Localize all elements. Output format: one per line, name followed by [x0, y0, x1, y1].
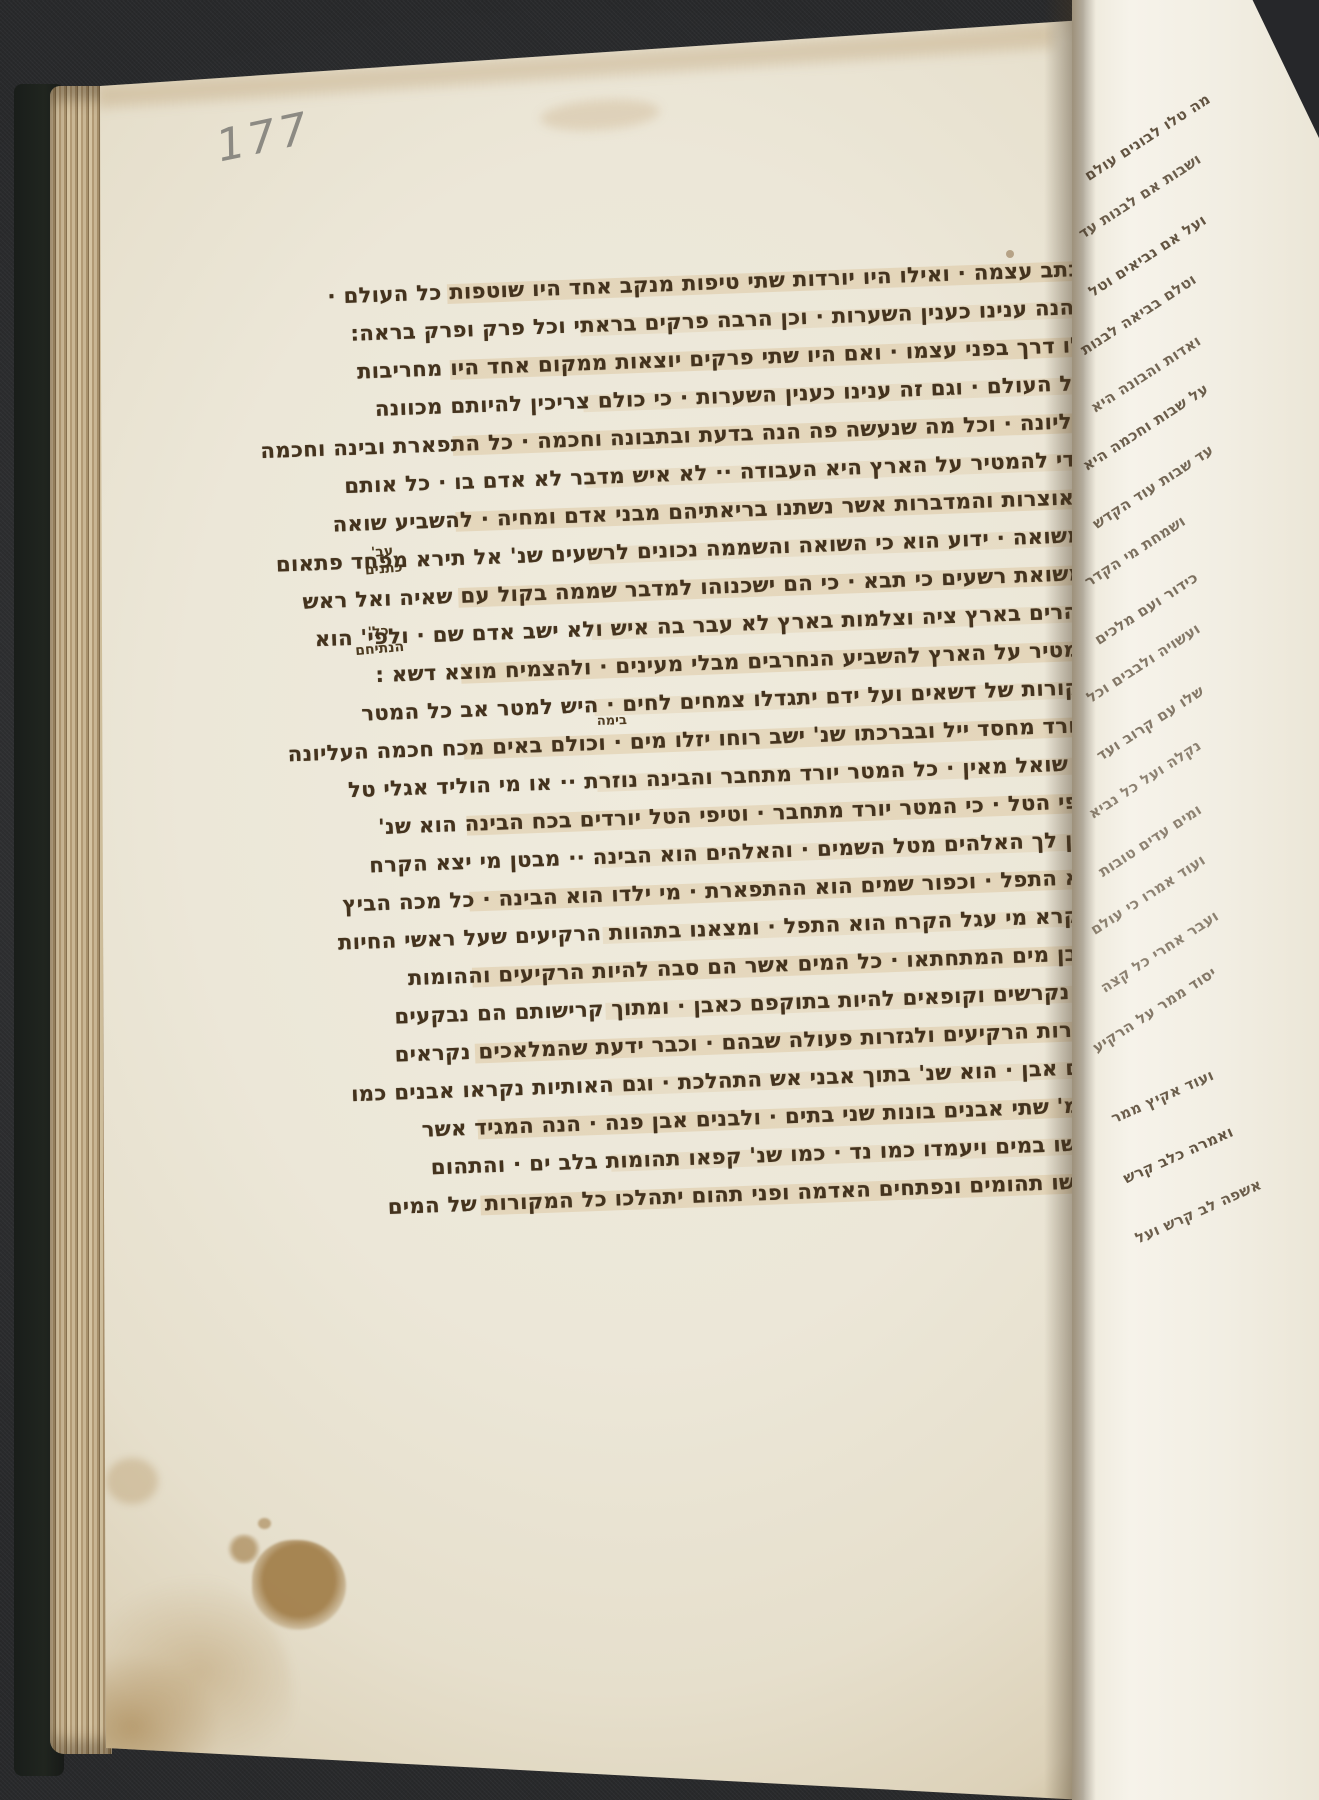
faint-stain-top — [539, 96, 661, 134]
stain-dot — [258, 1518, 271, 1529]
leaf-text-fragment: ועוד אקיץ ממר — [1108, 1066, 1216, 1127]
round-stain — [252, 1540, 346, 1630]
folio-number-pencil: 177 — [212, 103, 316, 173]
gutter-shadow — [1044, 0, 1096, 1800]
faint-stain — [106, 1458, 158, 1504]
manuscript-photo: 177 עב' כתנים כל' הנתיחם כתב עצמה · ואיל… — [0, 0, 1319, 1800]
top-edge-toning — [95, 24, 1055, 108]
leaf-text-fragment: אשפה לב קרש ועל — [1132, 1175, 1264, 1247]
interlinear-gloss: בימה — [597, 713, 628, 729]
main-text-block: כתב עצמה · ואילו היו יורדות שתי טיפות מנ… — [420, 250, 1114, 1224]
small-stain — [226, 1534, 262, 1564]
adjacent-leaf: מה טלו לבונים עולם ושבות אם לבנות עד ועל… — [1072, 0, 1319, 1800]
leaf-text-fragment: ואמרה כלב קרש — [1120, 1122, 1236, 1187]
